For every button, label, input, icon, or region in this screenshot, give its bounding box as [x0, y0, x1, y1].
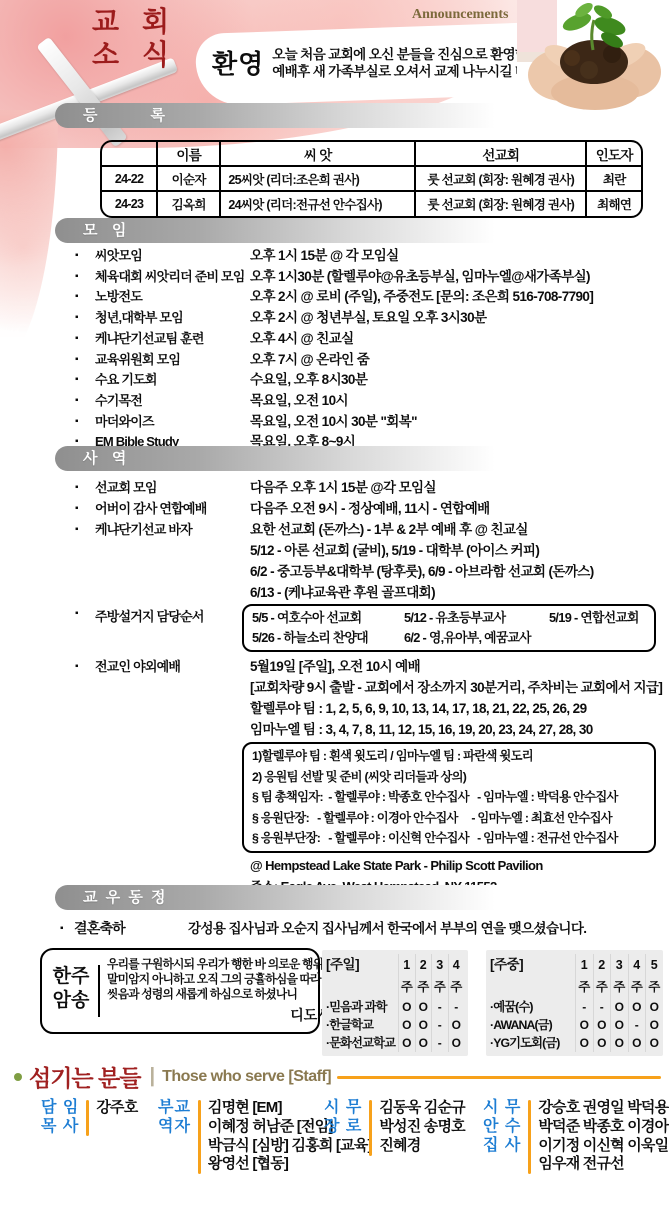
staff-group-ordained-deacons: 시 무 안 수 집 사 강승호 권영일 박덕용 박덕준 박종호 이경아 이기정 … [483, 1098, 668, 1174]
orange-vertical-divider [369, 1100, 372, 1156]
bullet-icon [75, 350, 95, 371]
picnic-location: @ Hempstead Lake State Park - Philip Sco… [250, 855, 665, 876]
bullet-icon [75, 287, 95, 308]
bullet-icon [75, 412, 95, 433]
bullet-icon [75, 656, 95, 677]
orange-vertical-divider [198, 1100, 201, 1174]
orange-vertical-divider [528, 1100, 531, 1174]
staff-title-korean: 섬기는 분들 [29, 1060, 140, 1093]
list-item: 수기목전목요일, 오전 10시 [75, 391, 665, 412]
list-item: 교육위원회 모임오후 7시 @ 온라인 줌 [75, 350, 665, 371]
list-item: 수요 기도회수요일, 오후 8시30분 [75, 370, 665, 391]
bullet-icon [75, 370, 95, 391]
reg-header-guide: 인도자 [586, 142, 641, 166]
page-title: 교 회 소 식 [92, 6, 177, 72]
bullet-icon [75, 308, 95, 329]
reg-cell: 룻 선교회 (회장: 원혜경 권사) [415, 191, 586, 216]
bullet-icon [75, 603, 95, 624]
reg-header-seed: 씨 앗 [220, 142, 415, 166]
meetings-list: 씨앗모임오후 1시 15분 @ 각 모임실 체육대회 씨앗리더 준비 모임오후 … [75, 246, 665, 453]
welcome-word: 환영 [212, 44, 264, 81]
pink-flower-left-edge [0, 110, 58, 360]
weekly-verse-box: 한주 암송 우리를 구원하시되 우리가 행한 바 의로운 행위로 말미암지 아니… [40, 948, 320, 1034]
green-dot-icon [14, 1073, 22, 1081]
reg-cell: 24-23 [102, 191, 157, 216]
list-item: 결혼축하 강성용 집사님과 오순지 집사님께서 한국에서 부부의 연을 맺으셨습… [60, 918, 650, 939]
bullet-icon [75, 267, 95, 288]
staff-section-title: 섬기는 분들 | Those who serve [Staff] [14, 1060, 331, 1093]
bullet-icon [75, 391, 95, 412]
list-item-picnic: 전교인 야외예배 5월19일 [주일], 오전 10시 예배 [교회차량 9시 … [75, 656, 665, 897]
staff-group-elders: 시 무 장 로 김동욱 김순규 박성진 송명호 진혜경 [324, 1098, 465, 1156]
list-item: 마더와이즈목요일, 오전 10시 30분 "회복" [75, 412, 665, 433]
reg-header-id [102, 142, 157, 166]
verse-text: 우리를 구원하시되 우리가 행한 바 의로운 행위로 말미암지 아니하고 오직 … [107, 957, 355, 1025]
table-row: 24-22 이순자 25씨앗 (리더:조은희 권사) 룻 선교회 (회장: 원혜… [102, 166, 641, 191]
bulletin-page: 교 회 소 식 Announcements 환영 오늘 처음 교회에 오신 분들… [0, 0, 669, 1225]
welcome-block: 환영 오늘 처음 교회에 오신 분들을 진심으로 환영합니다. 예배후 새 가족… [212, 44, 568, 81]
verse-reference: 디도서 3:5 [107, 1005, 355, 1025]
seedling-in-hands-photo [517, 0, 669, 112]
reg-header-name: 이름 [157, 142, 220, 166]
registration-table: 이름 씨 앗 선교회 인도자 24-22 이순자 25씨앗 (리더:조은희 권사… [100, 140, 643, 218]
reg-cell: 룻 선교회 (회장: 원혜경 권사) [415, 166, 586, 191]
staff-group-senior-pastor: 담 임 목 사 강주호 [41, 1098, 137, 1136]
reg-cell: 최해연 [586, 191, 641, 216]
bullet-icon [75, 477, 95, 498]
bullet-icon [75, 498, 95, 519]
reg-cell: 김옥희 [157, 191, 220, 216]
list-item: 선교회 모임다음주 오후 1시 15분 @각 모임실 [75, 477, 665, 498]
table-row: 24-23 김옥희 24씨앗 (리더:전규선 안수집사) 룻 선교회 (회장: … [102, 191, 641, 216]
list-item-bazaar: 케냐단기선교 바자 요한 선교회 (돈까스) - 1부 & 2부 예배 후 @ … [75, 519, 665, 603]
reg-cell: 24-22 [102, 166, 157, 191]
dish-duty-box: 5/5 - 여호수아 선교회 5/12 - 유초등부교사 5/19 - 연합선교… [242, 604, 656, 652]
bullet-icon [75, 246, 95, 267]
list-item: 체육대회 씨앗리더 준비 모임오후 1시30분 (할렐루야@유초등부실, 임마누… [75, 267, 665, 288]
section-bar-ministry: 사 역 [55, 446, 533, 471]
list-item: 청년,대학부 모임오후 2시 @ 청년부실, 토요일 오후 3시30분 [75, 308, 665, 329]
member-news-list: 결혼축하 강성용 집사님과 오순지 집사님께서 한국에서 부부의 연을 맺으셨습… [60, 918, 650, 939]
verse-label: 한주 암송 [48, 965, 100, 1017]
bullet-icon [75, 329, 95, 350]
list-item: 어버이 감사 연합예배다음주 오전 9시 - 정상예배, 11시 - 연합예배 [75, 498, 665, 519]
section-bar-member-news: 교 우 동 정 [55, 885, 533, 910]
list-item: 노방전도오후 2시 @ 로비 (주일), 주중전도 [문의: 조은희 516-7… [75, 287, 665, 308]
section-bar-meetings: 모 임 [55, 218, 533, 243]
sunday-schedule-table: [주일] 1주 2주 3주 4주 ·믿음과 과학 O O - - ·한글학교 O… [322, 950, 468, 1056]
announcements-label: Announcements [412, 7, 508, 23]
staff-title-english: Those who serve [Staff] [162, 1068, 331, 1086]
list-item: 씨앗모임오후 1시 15분 @ 각 모임실 [75, 246, 665, 267]
bullet-icon [75, 519, 95, 540]
reg-cell: 24씨앗 (리더:전규선 안수집사) [220, 191, 415, 216]
list-item: 케냐단기선교팀 훈련오후 4시 @ 친교실 [75, 329, 665, 350]
reg-cell: 최란 [586, 166, 641, 191]
weekday-schedule-table: [주중] 1주 2주 3주 4주 5주 ·예꿈(수) - - O O O ·AW… [486, 950, 663, 1056]
reg-header-mission: 선교회 [415, 142, 586, 166]
reg-cell: 이순자 [157, 166, 220, 191]
title-divider: | [149, 1065, 155, 1088]
picnic-team-box: 1)할렐루야 팀 : 흰색 윗도리 / 임마누엘 팀 : 파란색 윗도리 2) … [242, 742, 656, 853]
reg-cell: 25씨앗 (리더:조은희 권사) [220, 166, 415, 191]
ministry-list: 선교회 모임다음주 오후 1시 15분 @각 모임실 어버이 감사 연합예배다음… [75, 477, 665, 897]
orange-vertical-divider [86, 1100, 89, 1136]
orange-divider-line [337, 1076, 661, 1079]
bullet-icon [60, 918, 74, 939]
section-bar-registration: 등 록 [55, 103, 533, 128]
list-item-dishes: 주방설거지 담당순서 5/5 - 여호수아 선교회 5/12 - 유초등부교사 … [75, 603, 665, 652]
